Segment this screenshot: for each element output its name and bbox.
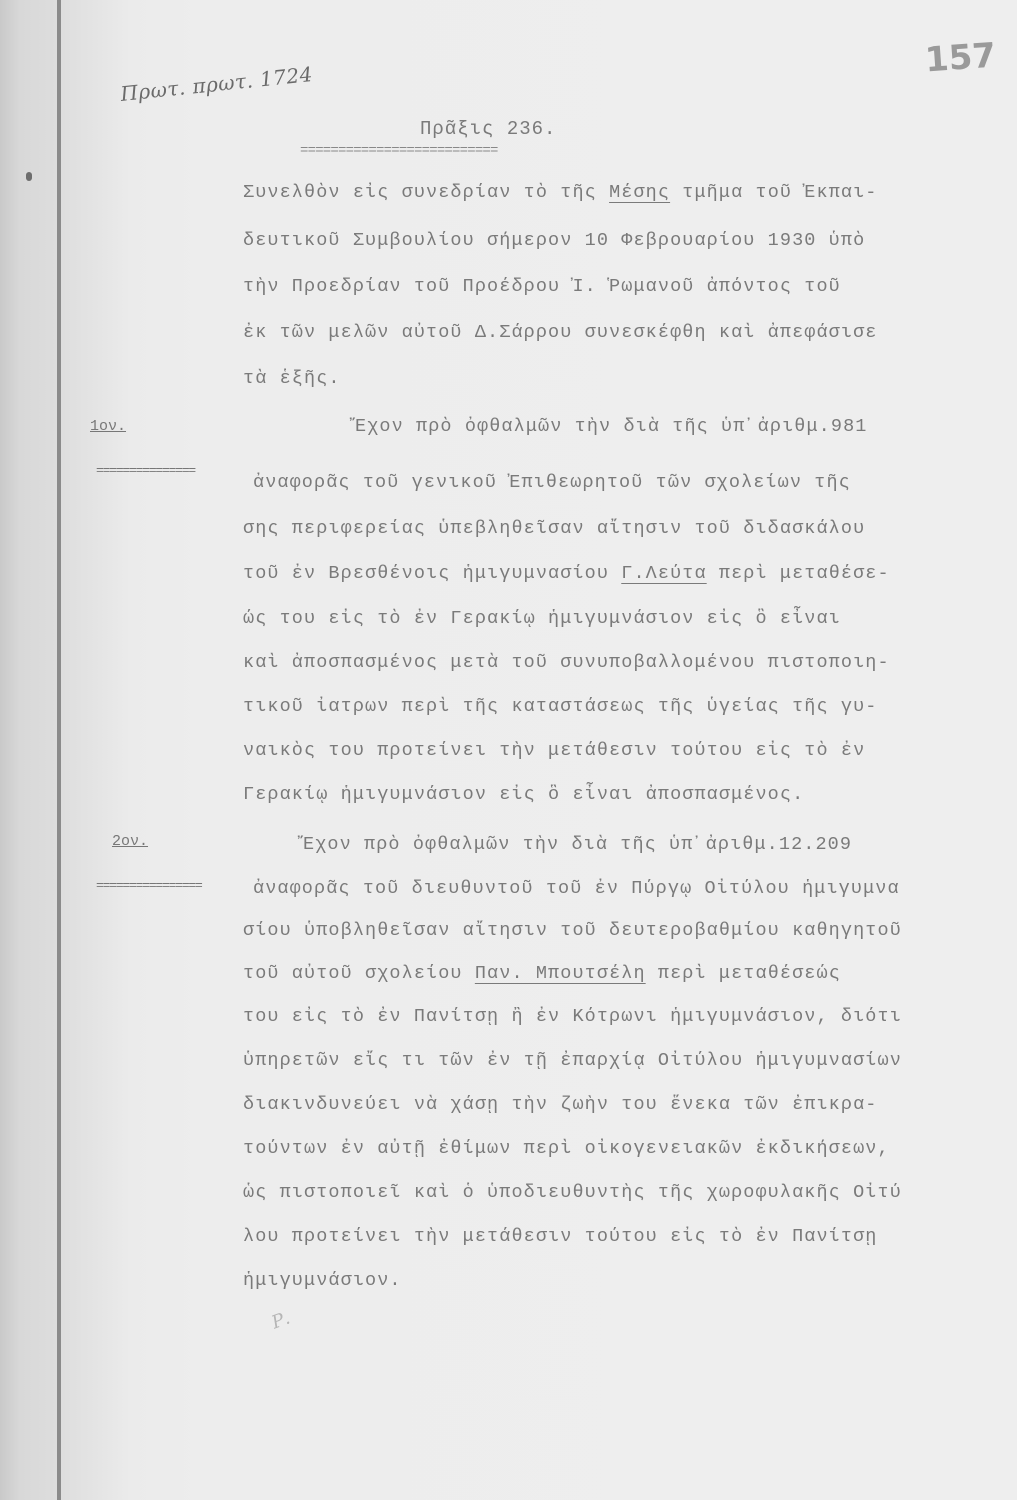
title-underline: ========================== [300, 143, 498, 159]
intro-line-1: Συνελθὸν εἰς συνεδρίαν τὸ τῆς Μέσης τμῆμ… [243, 182, 878, 203]
intro-line-2: δευτικοῦ Συμβουλίου σήμερον 10 Φεβρουαρί… [243, 230, 865, 251]
underlined-name: Γ.Λεύτα [621, 563, 706, 584]
section-1-line-1: Ἔχον πρὸ ὀφθαλμῶν τὴν διὰ τῆς ὑπ᾽ἀριθμ.9… [355, 416, 867, 437]
section-1-line-3: σης περιφερείας ὑπεβληθεῖσαν αἴτησιν τοῦ… [243, 518, 865, 539]
intro-line-4: ἐκ τῶν μελῶν αὐτοῦ Δ.Σάρρου συνεσκέφθη κ… [243, 322, 878, 343]
section-2-line-8: τούντων ἐν αὐτῇ ἐθίμων περὶ οἰκογενειακῶ… [243, 1138, 890, 1159]
scanned-page: Πρωτ. πρωτ. 1724 157 Πρᾶξις 236. =======… [0, 0, 1017, 1500]
section-2-line-9: ὡς πιστοποιεῖ καὶ ὁ ὑποδιευθυντὴς τῆς χω… [243, 1182, 902, 1203]
section-1-line-4: τοῦ ἐν Βρεσθένοις ἡμιγυμνασίου Γ.Λεύτα π… [243, 563, 890, 584]
section-1-line-6: καὶ ἀποσπασμένος μετὰ τοῦ συνυποβαλλομέν… [243, 652, 890, 673]
section-1-number: 1ον. [90, 418, 126, 435]
section-1-line-5: ώς του εἰς τὸ ἐν Γερακίῳ ἡμιγυμνάσιον εἰ… [243, 608, 841, 629]
section-2-rule: ================ [96, 878, 202, 893]
section-2-line-3: σίου ὑποβληθεῖσαν αἴτησιν τοῦ δευτεροβαθ… [243, 920, 902, 941]
section-2-line-5: του εἰς τὸ ἐν Πανίτσῃ ἢ ἐν Κότρωνι ἡμιγυ… [243, 1006, 902, 1027]
section-2-number: 2ον. [112, 833, 148, 850]
page-number: 157 [924, 36, 998, 81]
section-2-line-6: ὑπηρετῶν εἴς τι τῶν ἐν τῇ ἐπαρχίᾳ Οἰτύλο… [243, 1050, 902, 1071]
handwritten-reference: Πρωτ. πρωτ. 1724 [119, 62, 314, 106]
section-2-line-1: Ἔχον πρὸ ὀφθαλμῶν τὴν διὰ τῆς ὑπ᾽ἀριθμ.1… [303, 834, 852, 855]
handwritten-initials: Ρ. [269, 1308, 293, 1334]
intro-line-3: τὴν Προεδρίαν τοῦ Προέδρου Ἰ. Ῥωμανοῦ ἀπ… [243, 276, 841, 297]
section-2-line-4: τοῦ αὐτοῦ σχολείου Παν. Μπουτσέλη περὶ μ… [243, 963, 841, 984]
section-1-rule: =============== [96, 463, 195, 478]
section-2-line-10: λου προτείνει τὴν μετάθεσιν τούτου εἰς τ… [243, 1226, 878, 1247]
section-1-line-2: ἀναφορᾶς τοῦ γενικοῦ Ἐπιθεωρητοῦ τῶν σχο… [253, 472, 851, 493]
binding-line [57, 0, 61, 1500]
section-1-line-8: ναικὸς του προτείνει τὴν μετάθεσιν τούτο… [243, 740, 865, 761]
section-1-line-9: Γερακίῳ ἡμιγυμνάσιον εἰς ὃ εἶναι ἀποσπασ… [243, 784, 804, 805]
intro-line-5: τὰ ἑξῆς. [243, 368, 341, 389]
section-1-label: 1ον. =============== [60, 428, 195, 496]
section-2-line-11: ἡμιγυμνάσιον. [243, 1270, 402, 1291]
underlined-name: Παν. Μπουτσέλη [475, 963, 646, 984]
section-2-line-2: ἀναφορᾶς τοῦ διευθυντοῦ τοῦ ἐν Πύργῳ Οἰτ… [253, 878, 900, 899]
section-2-label: 2ον. ================ [60, 843, 202, 911]
binding-hole [26, 172, 32, 181]
section-1-line-7: τικοῦ ἰατρων περὶ τῆς καταστάσεως τῆς ὑγ… [243, 696, 878, 717]
section-2-line-7: διακινδυνεύει νὰ χάσῃ τὴν ζωὴν του ἕνεκα… [243, 1094, 878, 1115]
page-title: Πρᾶξις 236. [420, 118, 556, 140]
underlined-name: Μέσης [609, 182, 670, 203]
